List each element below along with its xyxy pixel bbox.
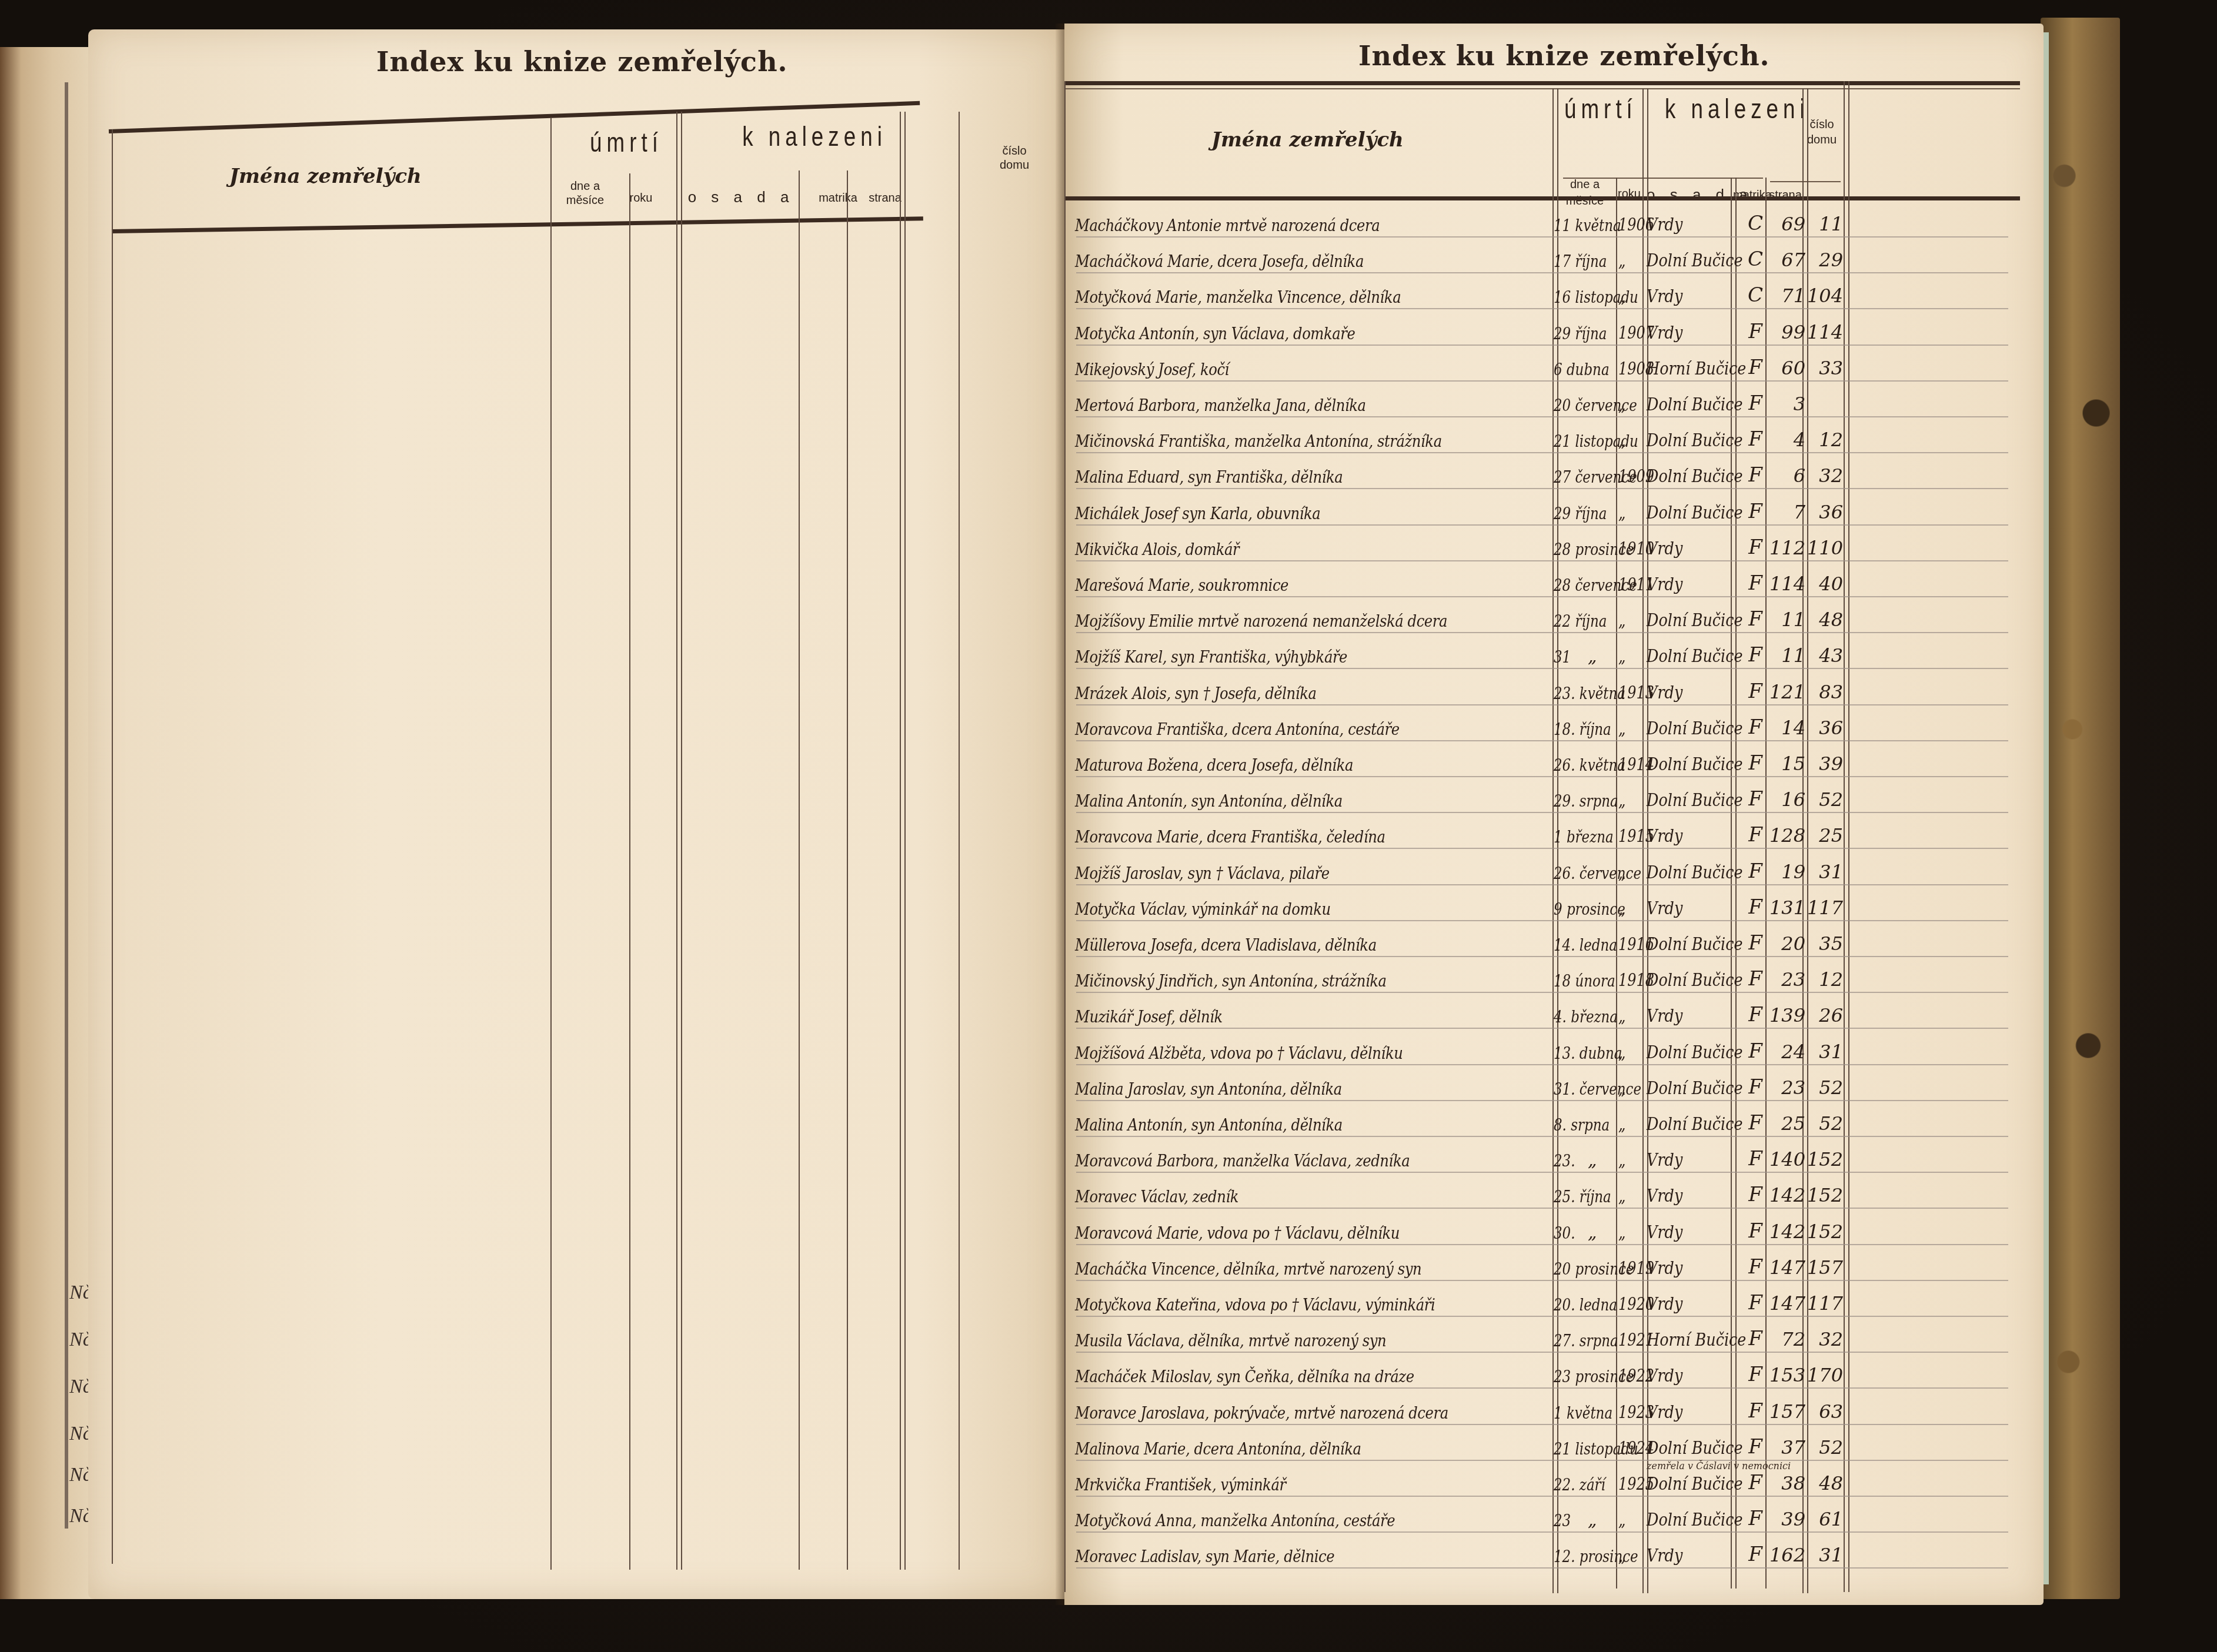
death-year: „ [1618,430,1625,451]
village: Vrdy [1647,1150,1682,1171]
death-date: 31 [1554,647,1571,667]
stack-rule [65,82,68,1529]
house-number: 152 [1807,1184,1843,1206]
village: Vrdy [1647,1402,1682,1423]
register-page: 147 [1767,1256,1805,1279]
house-number: 52 [1807,788,1843,811]
column-header-day-month: dne a měsíce [559,179,612,208]
death-date: 22. září [1554,1475,1605,1494]
register-letter: F [1741,895,1770,919]
register-letter: F [1741,715,1770,739]
column-divider [847,170,848,1570]
table-row: Motyčka Václav, výminkář na domku9 prosi… [1064,887,2044,922]
village: Vrdy [1647,286,1682,307]
house-number: 48 [1807,608,1843,631]
death-date: 1 května [1554,1403,1612,1423]
row-baseline [1076,236,2008,238]
register-letter: F [1741,607,1770,631]
table-row: Macháček Miloslav, syn Čeňka, dělníka na… [1064,1354,2044,1390]
entry-name: Moravcova Marie, dcera Františka, čeledí… [1075,828,1385,847]
register-letter: F [1741,1039,1770,1063]
register-letter: F [1741,1183,1770,1206]
village: Dolní Bučice [1647,503,1743,523]
date-ditto-mark: „ [1588,1222,1597,1243]
house-number: 52 [1807,1076,1843,1099]
death-year: „ [1618,1150,1625,1171]
village: Dolní Bučice [1647,394,1743,415]
table-row: Mičinovská Františka, manželka Antonína,… [1064,419,2044,454]
house-number: 52 [1807,1436,1843,1459]
entry-name: Mertová Barbora, manželka Jana, dělníka [1075,397,1366,415]
register-letter: F [1741,1003,1770,1026]
entry-name: Michálek Josef syn Karla, obuvníka [1075,505,1320,523]
entry-name: Macháčkovy Antonie mrtvě narozená dcera [1075,217,1380,235]
village: Vrdy [1647,323,1682,343]
death-date: 9 prosince [1554,899,1625,919]
register-letter: F [1741,427,1770,451]
column-header-death: úmrtí [1564,93,1635,125]
entry-name: Müllerova Josefa, dcera Vladislava, děln… [1075,937,1377,955]
register-page: 114 [1767,573,1805,595]
death-date: 8. srpna [1554,1115,1610,1135]
register-page: 3 [1767,393,1805,415]
table-row: Moravec Václav, zedník25. října„VrdyF142… [1064,1174,2044,1210]
row-baseline [1076,1316,2008,1317]
column-divider [676,112,682,1570]
register-letter: F [1741,751,1770,775]
death-year: „ [1618,1186,1625,1206]
house-number: 61 [1807,1508,1843,1530]
row-baseline [1076,920,2008,921]
book-cover-right [2041,18,2120,1599]
entry-name: Moravec Ladislav, syn Marie, dělnice [1075,1548,1334,1566]
entry-name: Macháčková Marie, dcera Josefa, dělníka [1075,253,1364,271]
row-baseline [1076,1028,2008,1029]
register-letter: F [1741,1219,1770,1243]
entry-name: Mrázek Alois, syn † Josefa, dělníka [1075,685,1316,703]
row-baseline [1076,1387,2008,1389]
register-letter: F [1741,1507,1770,1530]
death-date: 27. srpna [1554,1331,1618,1350]
column-divider [550,118,552,1570]
entry-name: Muzikář Josef, dělník [1075,1008,1223,1026]
village: Dolní Bučice [1647,1078,1743,1099]
table-row: Malina Jaroslav, syn Antonína, dělníka31… [1064,1066,2044,1102]
table-row: Moravcová Marie, vdova po † Václavu, děl… [1064,1210,2044,1246]
register-page: 142 [1767,1220,1805,1243]
column-header-village: o s a d a [1647,186,1735,204]
entry-name: Moravec Václav, zedník [1075,1188,1238,1206]
register-letter: F [1741,823,1770,847]
village: Horní Bučice [1647,1330,1746,1350]
entry-name: Motyčka Václav, výminkář na domku [1075,901,1331,919]
register-letter: F [1741,571,1770,595]
page-title: Index ku knize zemřelých. [1358,40,1770,72]
village: Vrdy [1647,574,1682,595]
register-letter: F [1741,1255,1770,1279]
house-number: 114 [1807,321,1843,343]
death-year: „ [1618,1114,1625,1135]
column-header-village: o s a d a [676,188,806,206]
row-baseline [1076,1244,2008,1245]
death-date: 31. července [1554,1079,1641,1099]
entry-name: Mičinovský Jindřich, syn Antonína, stráž… [1075,972,1387,991]
table-row: Moravcová Barbora, manželka Václava, zed… [1064,1138,2044,1174]
village: Vrdy [1647,1546,1682,1566]
register-page: 38 [1767,1472,1805,1494]
row-baseline [1076,308,2008,309]
house-number: 170 [1807,1364,1843,1386]
village: Dolní Bučice [1647,646,1743,667]
table-row: Malinova Marie, dcera Antonína, dělníka2… [1064,1426,2044,1462]
village: Horní Bučice [1647,359,1746,379]
village: Dolní Bučice [1647,718,1743,739]
death-date: 30. [1554,1223,1575,1243]
row-baseline [1076,848,2008,849]
row-baseline [1076,668,2008,669]
house-number: 35 [1807,932,1843,955]
house-number: 117 [1807,897,1843,919]
register-page: 24 [1767,1041,1805,1063]
death-date: 18. října [1554,720,1611,739]
village: Dolní Bučice [1647,1042,1743,1063]
register-page: 23 [1767,1076,1805,1099]
entry-name: Malina Antonín, syn Antonína, dělníka [1075,1116,1343,1135]
register-page: 69 [1767,213,1805,235]
death-date: 20. ledna [1554,1295,1617,1315]
entry-name: Mojžíš Karel, syn Františka, výhybkáře [1075,648,1347,667]
table-row: Motyčkova Kateřina, vdova po † Václavu, … [1064,1282,2044,1318]
register-page: 7 [1767,501,1805,523]
death-year: „ [1618,790,1625,811]
register-letter: F [1741,967,1770,991]
register-letter: F [1741,1075,1770,1099]
death-date: 29 října [1554,324,1607,343]
register-letter: F [1741,500,1770,523]
column-header-house-1: číslo [1804,118,1839,132]
row-baseline [1076,452,2008,453]
table-row: Mojžíšovy Emilie mrtvě narozená nemanžel… [1064,598,2044,634]
column-header-found: k nalezeni [1665,93,1787,125]
date-ditto-mark: „ [1588,1510,1597,1530]
header-bottom-rule [112,216,923,233]
house-number: 43 [1807,644,1843,667]
register-page: 25 [1767,1112,1805,1135]
house-number: 110 [1807,537,1843,559]
house-number: 52 [1807,1112,1843,1135]
table-row: Malina Antonín, syn Antonína, dělníka8. … [1064,1102,2044,1138]
register-letter: F [1741,536,1770,559]
register-page: 131 [1767,897,1805,919]
house-number: 39 [1807,753,1843,775]
table-row: Motyčka Antonín, syn Václava, domkaře29 … [1064,311,2044,347]
register-letter: F [1741,463,1770,487]
table-row: Macháčková Marie, dcera Josefa, dělníka1… [1064,239,2044,275]
register-letter: F [1741,787,1770,811]
row-baseline [1076,272,2008,273]
house-number: 31 [1807,1544,1843,1566]
table-row: Macháčkovy Antonie mrtvě narozená dcera1… [1064,203,2044,239]
register-page: 20 [1767,932,1805,955]
death-date: 23. [1554,1151,1575,1171]
row-baseline [1076,1208,2008,1209]
register-page: 121 [1767,681,1805,703]
house-number: 36 [1807,501,1843,523]
village: Dolní Bučice [1647,790,1743,811]
register-letter: F [1741,1147,1770,1171]
house-number: 33 [1807,357,1843,379]
death-date: 13. dubna [1554,1044,1622,1063]
village: Dolní Bučice [1647,250,1743,271]
house-number: 152 [1807,1148,1843,1171]
entry-name: Mojžíšovy Emilie mrtvě narozená nemanžel… [1075,613,1447,631]
village: Vrdy [1647,215,1682,235]
column-header-names: Jména zemřelých [1211,128,1404,152]
death-year: „ [1618,394,1625,415]
village: Dolní Bučice [1647,1474,1743,1494]
entry-name: Moravcová Barbora, manželka Václava, zed… [1075,1152,1410,1171]
register-page: 71 [1767,285,1805,307]
death-date: 6 dubna [1554,360,1610,379]
register-letter: F [1741,1327,1770,1350]
column-header-register: matrika [817,191,859,205]
register-page: 60 [1767,357,1805,379]
death-date: 23 [1554,1511,1571,1530]
row-baseline [1076,1064,2008,1065]
register-page: 15 [1767,753,1805,775]
row-baseline [1076,1352,2008,1353]
house-number: 104 [1807,285,1843,307]
entry-name: Motyčková Marie, manželka Vincence, děln… [1075,289,1401,307]
village: Dolní Bučice [1647,1114,1743,1135]
entry-name: Mojžíšová Alžběta, vdova po † Václavu, d… [1075,1045,1403,1063]
register-letter: C [1741,248,1770,271]
house-number: 40 [1807,573,1843,595]
register-page: 11 [1767,608,1805,631]
register-letter: F [1741,1399,1770,1423]
village: Vrdy [1647,683,1682,703]
row-baseline [1076,345,2008,346]
table-row: Malina Antonín, syn Antonína, dělníka29.… [1064,778,2044,814]
death-date: 22 října [1554,611,1607,631]
house-number: 11 [1807,213,1843,235]
column-header-year: roku [626,191,656,205]
register-page: 19 [1767,861,1805,883]
register-page: 157 [1767,1400,1805,1423]
house-number: 12 [1807,429,1843,451]
death-year: „ [1618,610,1625,631]
entry-name: Motyčkova Kateřina, vdova po † Václavu, … [1075,1296,1435,1315]
register-page: 140 [1767,1148,1805,1171]
death-date: 29. srpna [1554,791,1618,811]
register-page: 153 [1767,1364,1805,1386]
table-row: Malina Eduard, syn Františka, dělníka27 … [1064,454,2044,490]
table-row: Marešová Marie, soukromnice28 července19… [1064,563,2044,598]
table-row: Mrázek Alois, syn † Josefa, dělníka23. k… [1064,671,2044,707]
village: Vrdy [1647,1294,1682,1315]
entry-name: Marešová Marie, soukromnice [1075,577,1288,595]
register-letter: F [1741,860,1770,883]
header-top-rule [1064,81,2020,85]
register-letter: F [1741,320,1770,343]
house-number: 26 [1807,1004,1843,1026]
death-year: „ [1618,286,1625,307]
register-page: 162 [1767,1544,1805,1566]
village: Dolní Bučice [1647,934,1743,955]
death-year: „ [1618,862,1625,883]
header-bottom-rule [1064,196,2020,200]
house-number: 12 [1807,968,1843,991]
row-baseline [1076,1100,2008,1101]
village: Vrdy [1647,539,1682,559]
house-number: 32 [1807,1328,1843,1350]
column-divider [900,112,906,1570]
row-baseline [1076,776,2008,777]
row-baseline [1076,884,2008,885]
entry-name: Mojžíš Jaroslav, syn † Václava, pilaře [1075,865,1330,883]
entry-name: Mičinovská Františka, manželka Antonína,… [1075,433,1442,451]
table-row: Moravec Ladislav, syn Marie, dělnice12. … [1064,1534,2044,1570]
row-baseline [1076,632,2008,633]
entry-name: Macháčka Vincence, dělníka, mrtvě naroze… [1075,1260,1421,1279]
header-top-rule-thin [1064,88,2020,89]
house-number: 157 [1807,1256,1843,1279]
table-row: Mojžíš Karel, syn Františka, výhybkáře31… [1064,634,2044,670]
date-ditto-mark: „ [1588,646,1597,667]
register-page: 37 [1767,1436,1805,1459]
register-page: 139 [1767,1004,1805,1026]
page-title: Index ku knize zemřelých. [376,46,788,78]
house-number: 31 [1807,861,1843,883]
village: Dolní Bučice [1647,610,1743,631]
left-page: Index ku knize zemřelých. Jména zemřelýc… [88,29,1064,1599]
column-divider [629,173,630,1570]
table-row: Mojžíšová Alžběta, vdova po † Václavu, d… [1064,1031,2044,1066]
entry-name: Mrkvička František, výminkář [1075,1476,1286,1494]
row-baseline [1076,524,2008,526]
register-page: 112 [1767,537,1805,559]
column-header-house: číslo domu [997,144,1032,172]
table-row: Motyčková Marie, manželka Vincence, děln… [1064,275,2044,310]
register-page: 4 [1767,429,1805,451]
register-page: 11 [1767,644,1805,667]
death-date: 25. října [1554,1187,1611,1206]
register-page: 147 [1767,1292,1805,1315]
row-baseline [1076,992,2008,993]
village: Vrdy [1647,898,1682,919]
register-letter: F [1741,1111,1770,1135]
village: Dolní Bučice [1647,466,1743,487]
table-row: Moravcova Marie, dcera Františka, čeledí… [1064,814,2044,850]
house-number: 48 [1807,1472,1843,1494]
house-number: 25 [1807,824,1843,847]
village: Vrdy [1647,1006,1682,1026]
house-number: 117 [1807,1292,1843,1315]
register-page: 128 [1767,824,1805,847]
table-row: Mrkvička František, výminkář22. září1925… [1064,1462,2044,1498]
table-row: Müllerova Josefa, dcera Vladislava, děln… [1064,922,2044,958]
entry-name: Maturova Božena, dcera Josefa, dělníka [1075,757,1353,775]
register-page: 6 [1767,464,1805,487]
house-number: 32 [1807,464,1843,487]
row-baseline [1076,1531,2008,1533]
death-date: 14. ledna [1554,935,1617,955]
row-baseline [1076,812,2008,813]
row-baseline [1076,1460,2008,1461]
village: Dolní Bučice [1647,970,1743,991]
row-baseline [1076,416,2008,417]
death-year: „ [1618,1222,1625,1243]
entry-name: Malinova Marie, dcera Antonína, dělníka [1075,1440,1361,1459]
row-baseline [1076,1424,2008,1425]
row-baseline [1076,1280,2008,1281]
register-page: 72 [1767,1328,1805,1350]
row-baseline [1076,1136,2008,1137]
death-date: 23. května [1554,684,1625,703]
register-page: 142 [1767,1184,1805,1206]
register-page: 67 [1767,249,1805,271]
register-letter: F [1741,1543,1770,1566]
column-divider [799,170,800,1570]
row-baseline [1076,1496,2008,1497]
death-year: „ [1618,503,1625,523]
register-letter: F [1741,356,1770,379]
house-number: 31 [1807,1041,1843,1063]
entry-name: Motyčková Anna, manželka Antonína, cestá… [1075,1512,1395,1530]
column-header-day-month-1: dne a [1558,178,1611,192]
table-row: Motyčková Anna, manželka Antonína, cestá… [1064,1498,2044,1534]
death-date: 26. července [1554,864,1641,883]
death-year: „ [1618,718,1625,739]
row-baseline [1076,704,2008,705]
entry-name: Macháček Miloslav, syn Čeňka, dělníka na… [1075,1368,1414,1386]
death-date: 4. března [1554,1007,1618,1026]
house-number: 63 [1807,1400,1843,1423]
register-letter: F [1741,392,1770,415]
village: Vrdy [1647,1186,1682,1206]
date-ditto-mark: „ [1588,1150,1597,1171]
death-date: 26. května [1554,755,1625,775]
table-row: Mertová Barbora, manželka Jana, dělníka2… [1064,383,2044,419]
table-row: Macháčka Vincence, dělníka, mrtvě naroze… [1064,1246,2044,1282]
table-row: Mikvička Alois, domkář28 prosince1910Vrd… [1064,527,2044,563]
register-letter: C [1741,212,1770,235]
village: Dolní Bučice [1647,430,1743,451]
register-page: 16 [1767,788,1805,811]
village: Vrdy [1647,1222,1682,1243]
row-baseline [1076,380,2008,382]
register-letter: F [1741,931,1770,955]
row-baseline [1076,1567,2008,1569]
death-year: „ [1618,646,1625,667]
death-year: „ [1618,250,1625,271]
village: Dolní Bučice [1647,1438,1743,1459]
death-year: „ [1618,1006,1625,1026]
death-date: 11 května [1554,216,1621,235]
entry-name: Musila Václava, dělníka, mrtvě narozený … [1075,1332,1386,1350]
column-header-house-2: domu [1804,133,1839,147]
row-baseline [1076,956,2008,957]
entry-name: Malina Antonín, syn Antonína, dělníka [1075,792,1343,811]
register-letter: F [1741,680,1770,703]
village: Dolní Bučice [1647,862,1743,883]
village: Vrdy [1647,826,1682,847]
register-page: 99 [1767,321,1805,343]
house-number: 29 [1807,249,1843,271]
village: Dolní Bučice [1647,754,1743,775]
table-row: Moravcova Františka, dcera Antonína, ces… [1064,707,2044,743]
death-year: „ [1618,1078,1625,1099]
